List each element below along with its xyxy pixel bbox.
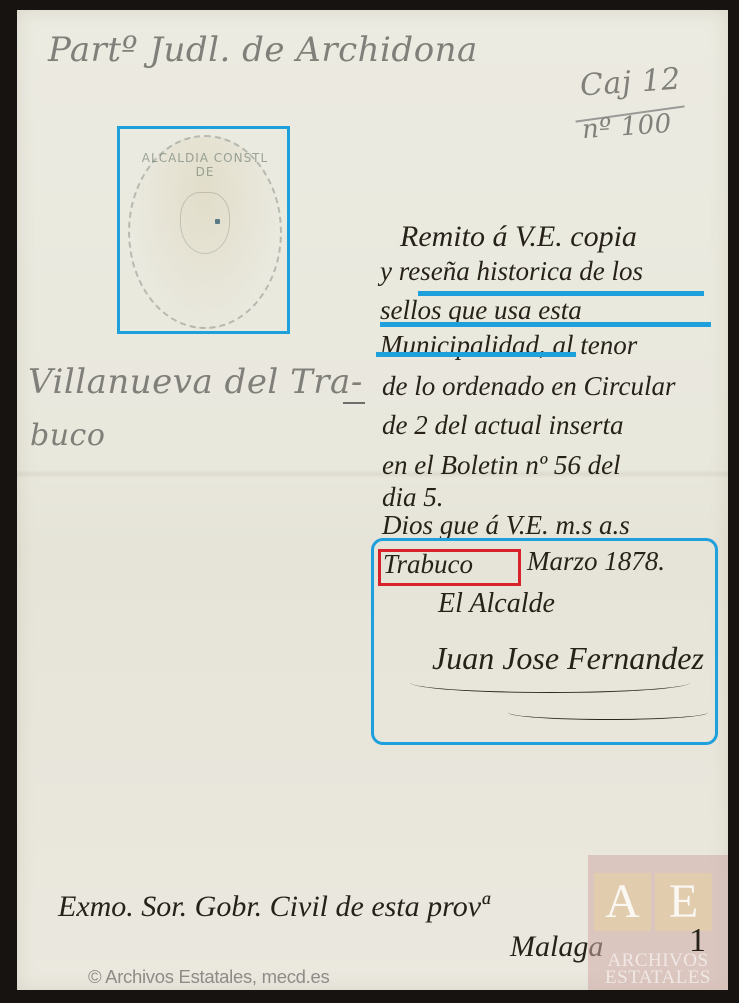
closing-salutation: Dios gue á V.E. m.s a.s [382,510,630,541]
margin-town-line1: Villanueva del Tra- [28,362,363,402]
page-number: 1 [689,922,706,960]
addressee-line1: Exmo. Sor. Gobr. Civil de esta provª [58,890,489,924]
copyright-notice: © Archivos Estatales, mecd.es [88,966,329,988]
underline-2 [380,322,711,327]
seal-highlight-box [117,126,290,334]
underline-3 [376,352,576,357]
box-number: Caj 12 [579,62,682,104]
body-line-7: en el Boletin nº 56 del [382,450,621,481]
pencil-underline [343,402,365,404]
body-line-8: dia 5. [382,482,444,513]
body-line-1: Remito á V.E. copia [400,220,637,254]
archivos-estatales-watermark: A E ARCHIVOS ESTATALES [588,855,728,990]
watermark-letter-a: A [594,873,651,931]
margin-town-line2: buco [30,418,105,453]
body-line-6: de 2 del actual inserta [382,410,623,441]
archive-reference: Partº Judl. de Archidona [48,30,478,70]
watermark-line2: ESTATALES [588,967,728,989]
paper-fold [17,470,728,478]
signature-highlight-box [371,538,718,745]
body-line-5: de lo ordenado en Circular [382,371,675,402]
body-line-2: y reseña historica de los [380,256,643,287]
underline-1 [418,291,704,296]
